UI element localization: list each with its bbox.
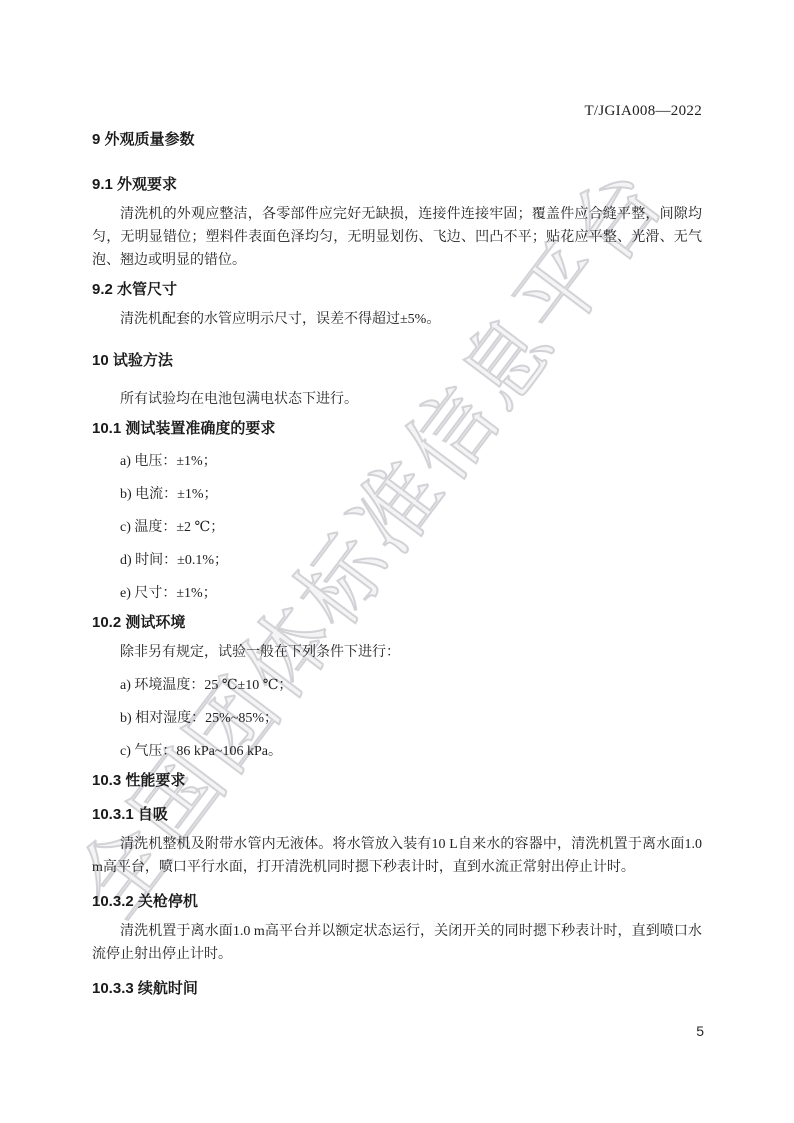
section-heading: 9.2 水管尺寸 [92, 278, 702, 301]
subsection-heading: 10.3.3 续航时间 [92, 977, 702, 1000]
list-item: d) 时间：±0.1%； [92, 549, 702, 572]
list-item: a) 电压：±1%； [92, 450, 702, 473]
section-heading: 9.1 外观要求 [92, 173, 702, 196]
list-item: b) 电流：±1%； [92, 483, 702, 506]
list-item: b) 相对湿度：25%~85%； [92, 707, 702, 730]
paragraph: 清洗机的外观应整洁，各零部件应完好无缺损，连接件连接牢固；覆盖件应合缝平整，间隙… [92, 203, 702, 272]
chapter-heading: 10 试验方法 [92, 349, 702, 372]
section-heading: 10.1 测试装置准确度的要求 [92, 417, 702, 440]
subsection-heading: 10.3.1 自吸 [92, 803, 702, 826]
list-item: c) 温度：±2 ℃； [92, 516, 702, 539]
list-item: c) 气压：86 kPa~106 kPa。 [92, 740, 702, 763]
paragraph: 所有试验均在电池包满电状态下进行。 [92, 388, 702, 411]
list-item: a) 环境温度：25 ℃±10 ℃； [92, 674, 702, 697]
standard-code-header: T/JGIA008—2022 [92, 100, 702, 123]
paragraph: 除非另有规定，试验一般在下列条件下进行： [92, 641, 702, 664]
chapter-heading: 9 外观质量参数 [92, 128, 702, 151]
page-number: 5 [696, 1023, 704, 1039]
page-content: T/JGIA008—2022 9 外观质量参数9.1 外观要求清洗机的外观应整洁… [92, 100, 702, 1000]
section-heading: 10.3 性能要求 [92, 769, 702, 792]
list-item: e) 尺寸：±1%； [92, 582, 702, 605]
paragraph: 清洗机置于离水面1.0 m高平台并以额定状态运行，关闭开关的同时摁下秒表计时，直… [92, 920, 702, 966]
paragraph: 清洗机整机及附带水管内无液体。将水管放入装有10 L自来水的容器中，清洗机置于离… [92, 833, 702, 879]
standard-document-page: 全国团体标准信息平台 T/JGIA008—2022 9 外观质量参数9.1 外观… [0, 0, 794, 1123]
section-heading: 10.2 测试环境 [92, 611, 702, 634]
subsection-heading: 10.3.2 关枪停机 [92, 890, 702, 913]
paragraph: 清洗机配套的水管应明示尺寸，误差不得超过±5%。 [92, 308, 702, 331]
